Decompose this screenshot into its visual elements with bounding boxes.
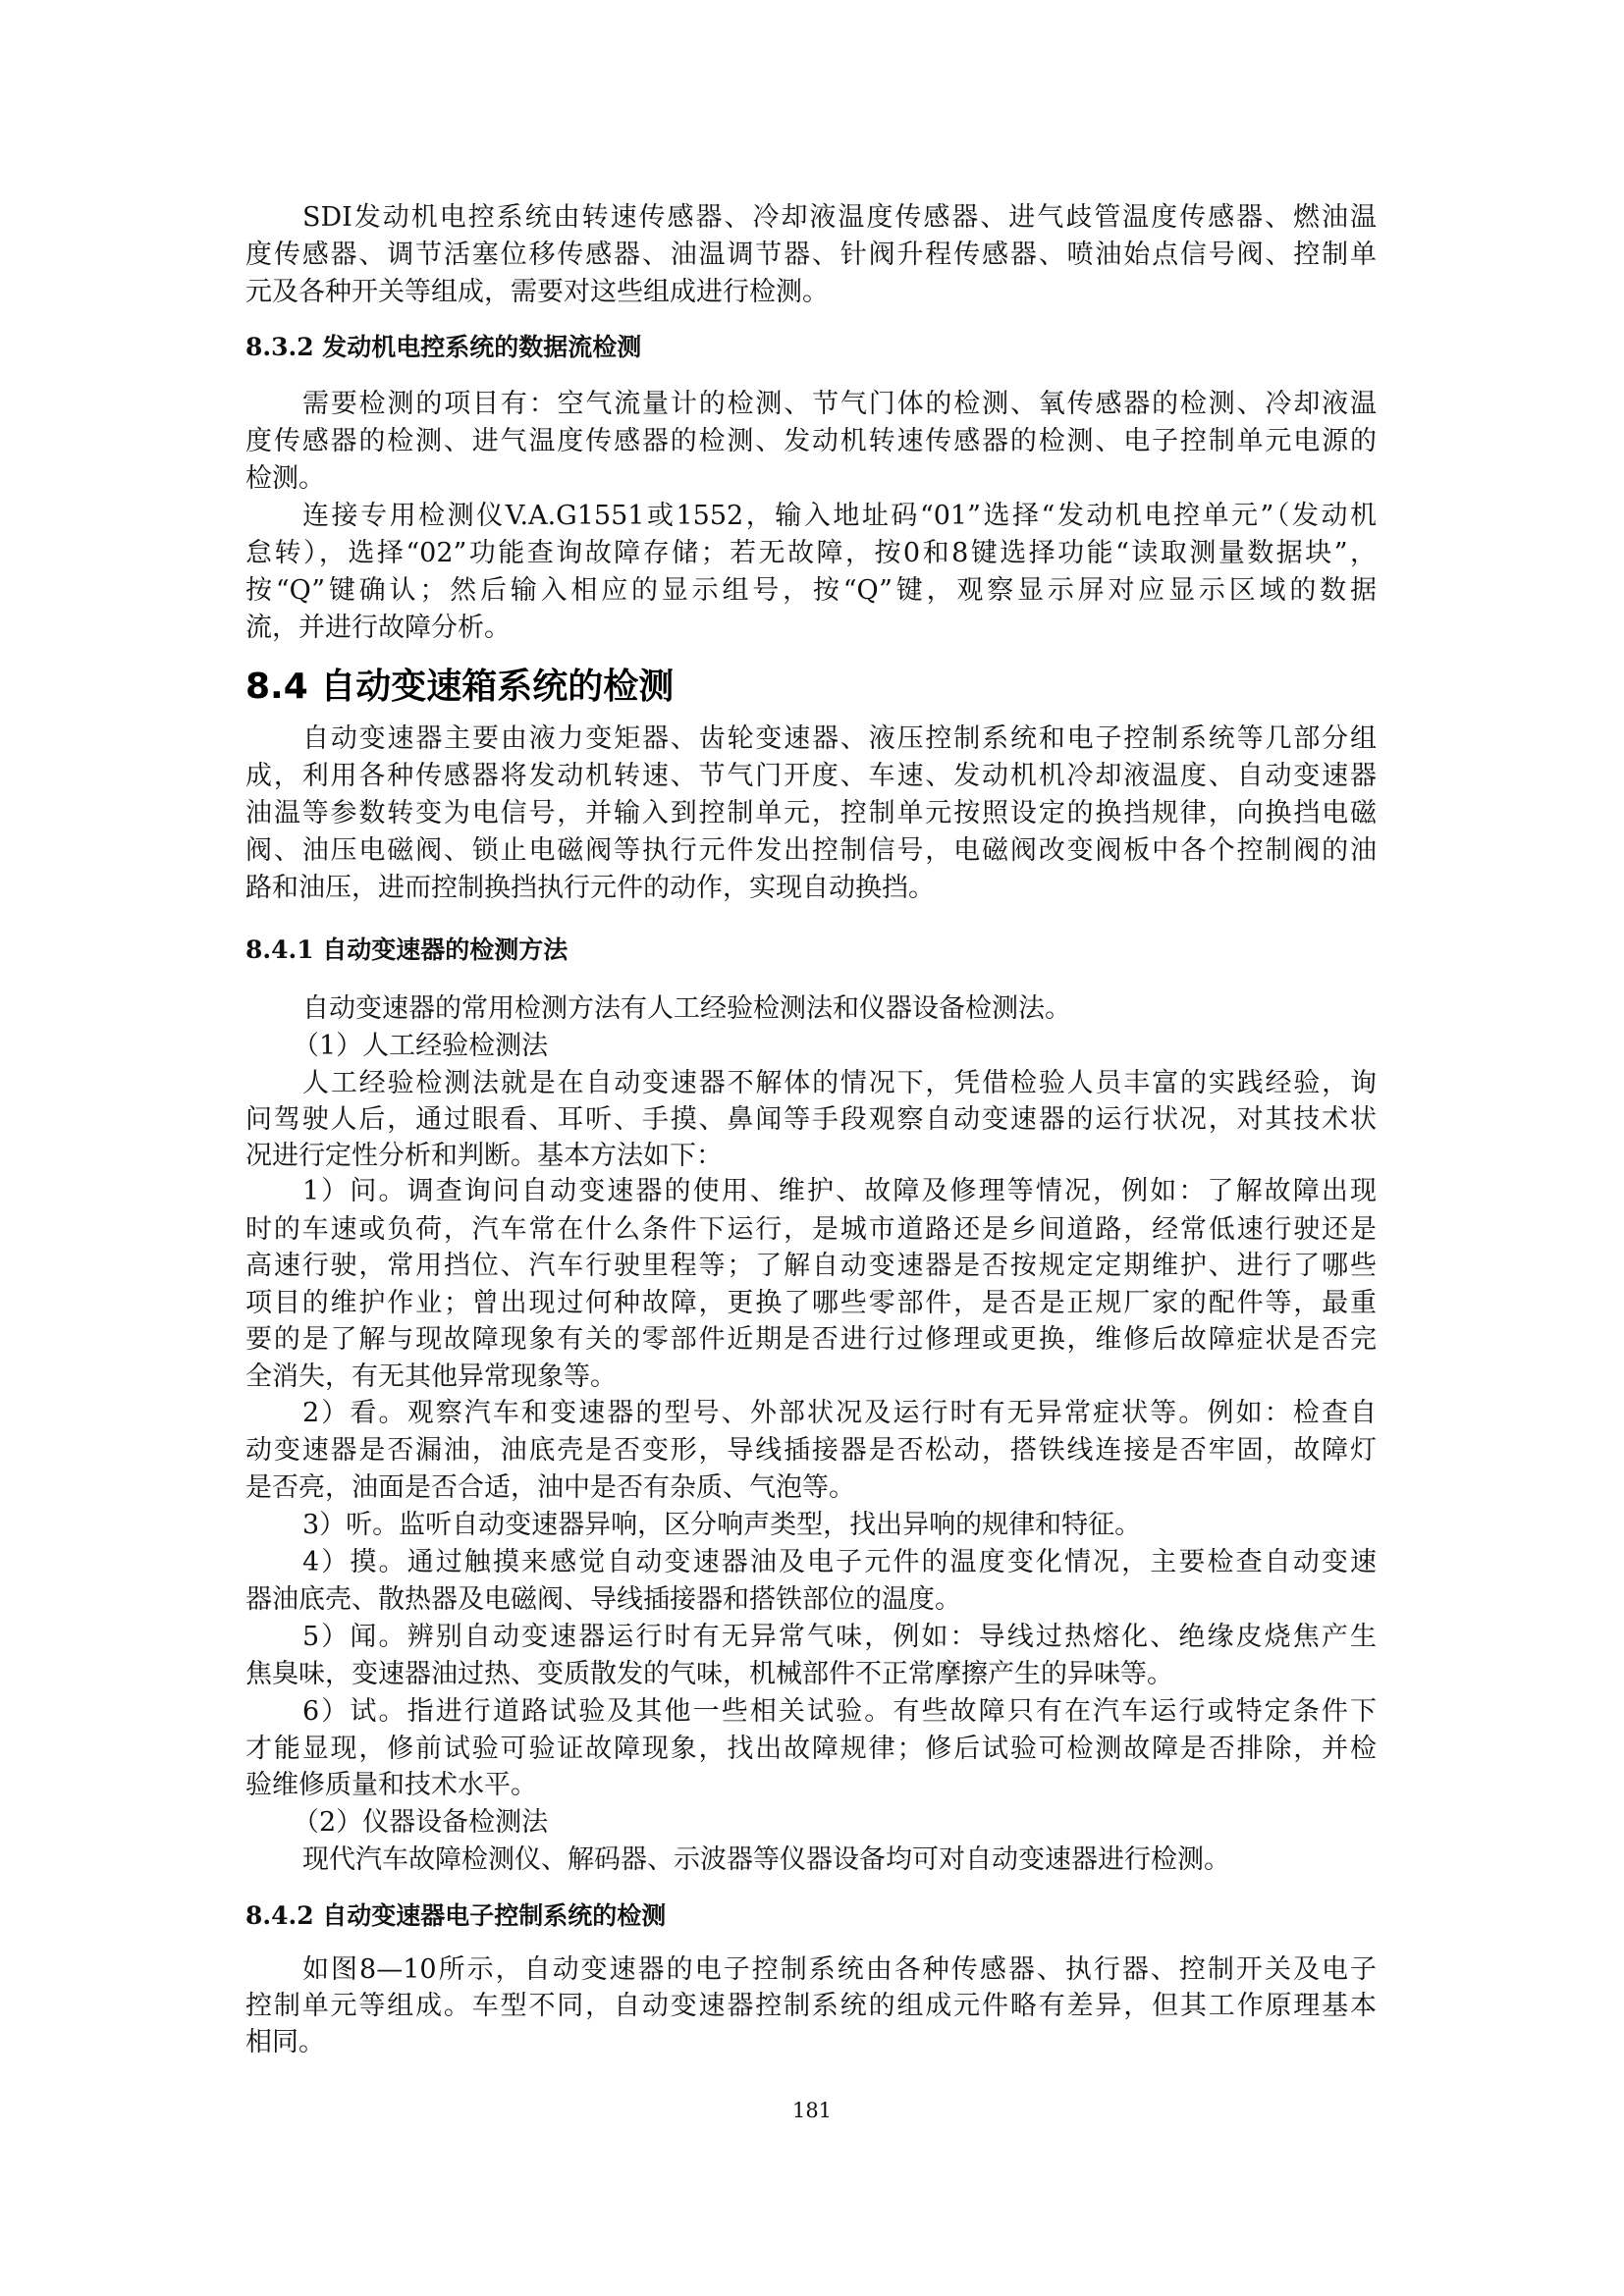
section-heading-8-4: 8.4 自动变速箱系统的检测	[245, 664, 674, 711]
paragraph-line: 怠转），选择“02”功能查询故障存储；若无故障，按0和8键选择功能“读取测量数据…	[245, 535, 1377, 572]
page-number: 181	[0, 2099, 1624, 2122]
paragraph-line: 时的车速或负荷，汽车常在什么条件下运行，是城市道路还是乡间道路，经常低速行驶还是	[245, 1211, 1377, 1249]
paragraph-line: 控制单元等组成。车型不同，自动变速器控制系统的组成元件略有差异，但其工作原理基本	[245, 1988, 1377, 2025]
paragraph-line: 油温等参数转变为电信号，并输入到控制单元，控制单元按照设定的换挡规律，向换挡电磁	[245, 795, 1377, 832]
paragraph-line: 阀、油压电磁阀、锁止电磁阀等执行元件发出控制信号，电磁阀改变阀板中各个控制阀的油	[245, 832, 1377, 870]
list-item-title: （2）仪器设备检测法	[245, 1804, 1377, 1842]
paragraph-line: 路和油压，进而控制换挡执行元件的动作，实现自动换挡。	[245, 870, 1377, 907]
paragraph-line: 验维修质量和技术水平。	[245, 1767, 1377, 1804]
paragraph-line: 自动变速器的常用检测方法有人工经验检测法和仪器设备检测法。	[245, 990, 1377, 1028]
paragraph-line: 需要检测的项目有：空气流量计的检测、节气门体的检测、氧传感器的检测、冷却液温	[245, 386, 1377, 423]
paragraph-line: 6）试。指进行道路试验及其他一些相关试验。有些故障只有在汽车运行或特定条件下	[245, 1693, 1377, 1731]
paragraph-line: 5）闻。辨别自动变速器运行时有无异常气味，例如：导线过热熔化、绝缘皮烧焦产生	[245, 1619, 1377, 1656]
section-heading-8-3-2: 8.3.2 发动机电控系统的数据流检测	[245, 330, 641, 365]
paragraph-line: 3）听。监听自动变速器异响，区分响声类型，找出异响的规律和特征。	[245, 1507, 1377, 1544]
paragraph-line: 才能显现，修前试验可验证故障现象，找出故障规律；修后试验可检测故障是否排除，并检	[245, 1731, 1377, 1768]
paragraph-line: 1）问。调查询问自动变速器的使用、维护、故障及修理等情况，例如：了解故障出现	[245, 1173, 1377, 1210]
section-heading-8-4-1: 8.4.1 自动变速器的检测方法	[245, 933, 568, 968]
paragraph-line: 元及各种开关等组成，需要对这些组成进行检测。	[245, 274, 1377, 311]
paragraph-line: 流，并进行故障分析。	[245, 610, 1377, 647]
paragraph-line: 项目的维护作业；曾出现过何种故障，更换了哪些零部件，是否是正规厂家的配件等，最重	[245, 1285, 1377, 1322]
paragraph-line: 检测。	[245, 460, 1377, 498]
paragraph-line: 动变速器是否漏油，油底壳是否变形，导线插接器是否松动，搭铁线连接是否牢固，故障灯	[245, 1432, 1377, 1469]
paragraph-line: 现代汽车故障检测仪、解码器、示波器等仪器设备均可对自动变速器进行检测。	[245, 1842, 1377, 1879]
paragraph-line: 度传感器、调节活塞位移传感器、油温调节器、针阀升程传感器、喷油始点信号阀、控制单	[245, 237, 1377, 274]
paragraph-line: 自动变速器主要由液力变矩器、齿轮变速器、液压控制系统和电子控制系统等几部分组	[245, 721, 1377, 758]
paragraph-line: 4）摸。通过触摸来感觉自动变速器油及电子元件的温度变化情况，主要检查自动变速	[245, 1544, 1377, 1581]
paragraph-line: SDI发动机电控系统由转速传感器、冷却液温度传感器、进气歧管温度传感器、燃油温	[245, 199, 1377, 237]
section-heading-8-4-2: 8.4.2 自动变速器电子控制系统的检测	[245, 1898, 666, 1934]
document-page: SDI发动机电控系统由转速传感器、冷却液温度传感器、进气歧管温度传感器、燃油温 …	[0, 0, 1624, 2296]
paragraph-line: 焦臭味，变速器油过热、变质散发的气味，机械部件不正常摩擦产生的异味等。	[245, 1656, 1377, 1693]
paragraph-line: 要的是了解与现故障现象有关的零部件近期是否进行过修理或更换，维修后故障症状是否完	[245, 1321, 1377, 1359]
paragraph-line: 人工经验检测法就是在自动变速器不解体的情况下，凭借检验人员丰富的实践经验，询	[245, 1065, 1377, 1102]
paragraph-line: 连接专用检测仪V.A.G1551或1552，输入地址码“01”选择“发动机电控单…	[245, 498, 1377, 535]
paragraph-line: 度传感器的检测、进气温度传感器的检测、发动机转速传感器的检测、电子控制单元电源的	[245, 423, 1377, 460]
paragraph-line: 问驾驶人后，通过眼看、耳听、手摸、鼻闻等手段观察自动变速器的运行状况，对其技术状	[245, 1101, 1377, 1139]
paragraph-line: 按“Q”键确认；然后输入相应的显示组号，按“Q”键，观察显示屏对应显示区域的数据	[245, 572, 1377, 610]
paragraph-line: 相同。	[245, 2024, 1377, 2061]
paragraph-line: 器油底壳、散热器及电磁阀、导线插接器和搭铁部位的温度。	[245, 1581, 1377, 1619]
paragraph-line: 高速行驶，常用挡位、汽车行驶里程等；了解自动变速器是否按规定定期维护、进行了哪些	[245, 1248, 1377, 1285]
paragraph-line: 全消失，有无其他异常现象等。	[245, 1359, 1377, 1396]
paragraph-line: 成，利用各种传感器将发动机转速、节气门开度、车速、发动机机冷却液温度、自动变速器	[245, 758, 1377, 795]
paragraph-line: 2）看。观察汽车和变速器的型号、外部状况及运行时有无异常症状等。例如：检查自	[245, 1395, 1377, 1432]
paragraph-line: 如图8—10所示，自动变速器的电子控制系统由各种传感器、执行器、控制开关及电子	[245, 1951, 1377, 1989]
list-item-title: （1）人工经验检测法	[245, 1028, 1377, 1065]
paragraph-line: 况进行定性分析和判断。基本方法如下：	[245, 1138, 1377, 1175]
paragraph-line: 是否亮，油面是否合适，油中是否有杂质、气泡等。	[245, 1469, 1377, 1507]
